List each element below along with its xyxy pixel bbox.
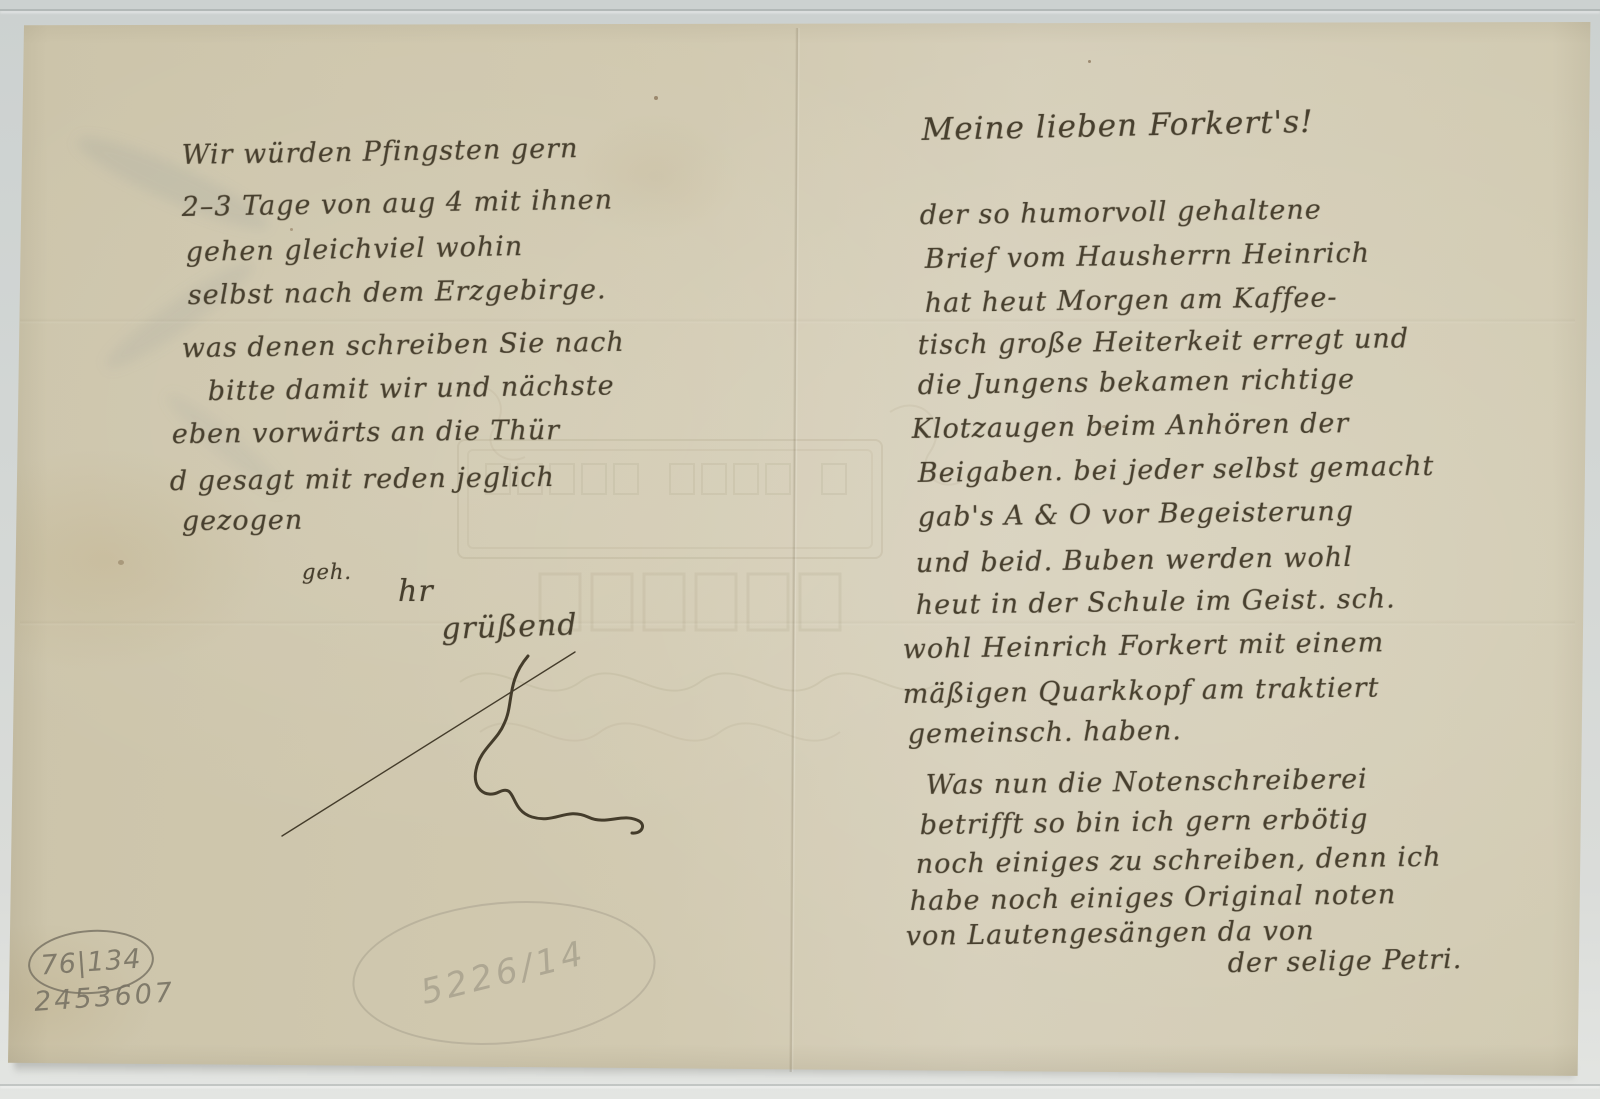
closing-abbrev: geh. [302, 560, 352, 584]
handwriting-line: gehen gleichviel wohin [185, 231, 523, 268]
faint-pencil-number: 5226/14 [417, 933, 591, 1013]
photo: Wir würden Pfingsten gern 2–3 Tage von a… [0, 0, 1600, 1099]
handwriting-line: die Jungens bekamen richtige [918, 364, 1356, 401]
archive-number: 76|134 [40, 943, 143, 981]
foxing-speck [118, 560, 124, 565]
signature-flourish [270, 620, 670, 850]
background-groove [0, 1084, 1600, 1086]
handwriting-line: und beid. Buben werden wohl [916, 542, 1353, 579]
handwriting-line: selbst nach dem Erzgebirge. [188, 274, 607, 311]
closing-word: hr [398, 574, 434, 609]
handwriting-line: Klotzaugen beim Anhören der [912, 408, 1350, 445]
background-groove [0, 9, 1600, 11]
handwriting-line: der so humorvoll gehaltene [920, 194, 1322, 231]
foxing-speck [290, 228, 293, 231]
handwriting-line: Brief vom Hausherrn Heinrich [925, 238, 1371, 275]
handwriting-line: d gesagt mit reden jeglich [170, 462, 555, 497]
handwriting-line: hat heut Morgen am Kaffee- [925, 282, 1338, 319]
foxing-speck [1088, 60, 1091, 63]
signoff-line: der selige Petri. [1227, 944, 1462, 979]
handwriting-line: was denen schreiben Sie nach [182, 327, 625, 364]
handwriting-line: gezogen [182, 505, 304, 537]
handwriting-line: eben vorwärts an die Thür [172, 415, 561, 450]
handwriting-line: gab's A & O vor Begeisterung [918, 496, 1355, 533]
handwriting-line: von Lautengesängen da von [906, 915, 1315, 952]
handwriting-line: bitte damit wir und nächste [208, 370, 615, 407]
handwriting-line: Was nun die Notenschreiberei [926, 764, 1368, 801]
foxing-speck [654, 96, 658, 100]
handwriting-line: gemeinsch. haben. [908, 715, 1183, 750]
fold-crease [20, 620, 1575, 626]
handwriting-line: betrifft so bin ich gern erbötig [920, 804, 1369, 841]
